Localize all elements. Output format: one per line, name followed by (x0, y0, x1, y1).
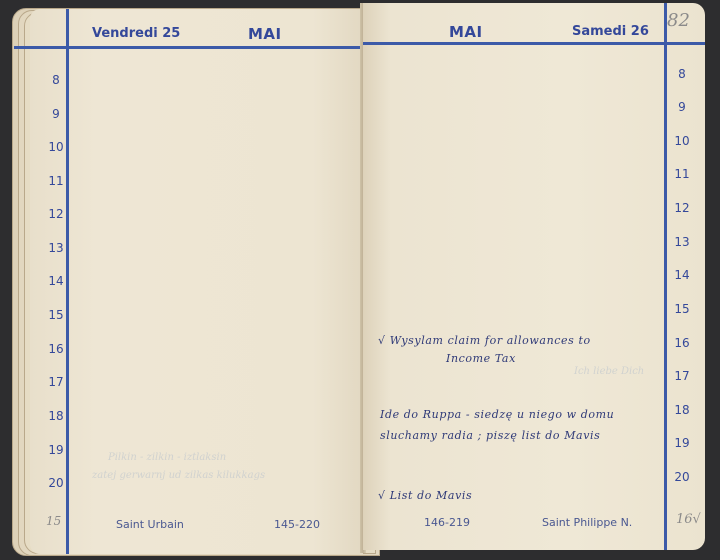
page-number-pencil: 82 (667, 10, 690, 31)
hour-label: 19 (670, 436, 694, 450)
hour-label: 11 (670, 167, 694, 181)
bleed-through-text: zatej gerwarnj ud zilkas kilukkags (92, 470, 265, 481)
hour-label: 12 (44, 207, 68, 221)
hour-label: 8 (44, 73, 68, 87)
hour-label: 17 (670, 369, 694, 383)
diary-entry-line: √ List do Mavis (378, 489, 472, 502)
hour-label: 19 (44, 443, 68, 457)
week-number-pencil: 15 (46, 514, 61, 528)
bleed-through-text: Ich liebe Dich (574, 366, 644, 377)
hour-label: 10 (44, 140, 68, 154)
open-diary: Vendredi 25 MAI 8 9 10 11 12 13 14 15 16… (0, 0, 720, 560)
hour-label: 15 (44, 308, 68, 322)
diary-entry-line: Ide do Ruppa - siedzę u niego w domu (380, 408, 614, 421)
footer-pencil-mark: 16√ (676, 512, 701, 527)
bleed-through-text: Pilkin - zilkin - iztlaksin (108, 452, 226, 463)
hour-label: 20 (44, 476, 68, 490)
hour-label: 10 (670, 134, 694, 148)
hour-label: 8 (670, 67, 694, 81)
hour-label: 18 (670, 403, 694, 417)
right-hour-divider (664, 3, 667, 550)
hour-label: 9 (44, 107, 68, 121)
left-day-count: 145-220 (274, 518, 320, 531)
diary-entry-line: √ Wysylam claim for allowances to (378, 334, 591, 347)
hour-label: 16 (670, 336, 694, 350)
right-header-rule (363, 42, 705, 45)
hour-label: 14 (44, 274, 68, 288)
diary-entry-line: Income Tax (446, 352, 516, 365)
left-saint-name: Saint Urbain (116, 518, 184, 531)
hour-label: 18 (44, 409, 68, 423)
hour-label: 20 (670, 470, 694, 484)
right-month-label: MAI (449, 23, 483, 41)
hour-label: 14 (670, 268, 694, 282)
left-month-label: MAI (248, 25, 282, 43)
hour-label: 15 (670, 302, 694, 316)
right-day-count: 146-219 (424, 516, 470, 529)
right-day-label: Samedi 26 (572, 24, 649, 39)
left-header-rule (14, 46, 362, 49)
diary-entry-line: sluchamy radia ; piszę list do Mavis (380, 429, 600, 442)
hour-label: 13 (670, 235, 694, 249)
hour-label: 9 (670, 100, 694, 114)
right-page (363, 3, 705, 550)
left-day-label: Vendredi 25 (92, 26, 180, 41)
right-saint-name: Saint Philippe N. (542, 516, 632, 529)
hour-label: 13 (44, 241, 68, 255)
hour-label: 12 (670, 201, 694, 215)
hour-label: 17 (44, 375, 68, 389)
hour-label: 11 (44, 174, 68, 188)
hour-label: 16 (44, 342, 68, 356)
